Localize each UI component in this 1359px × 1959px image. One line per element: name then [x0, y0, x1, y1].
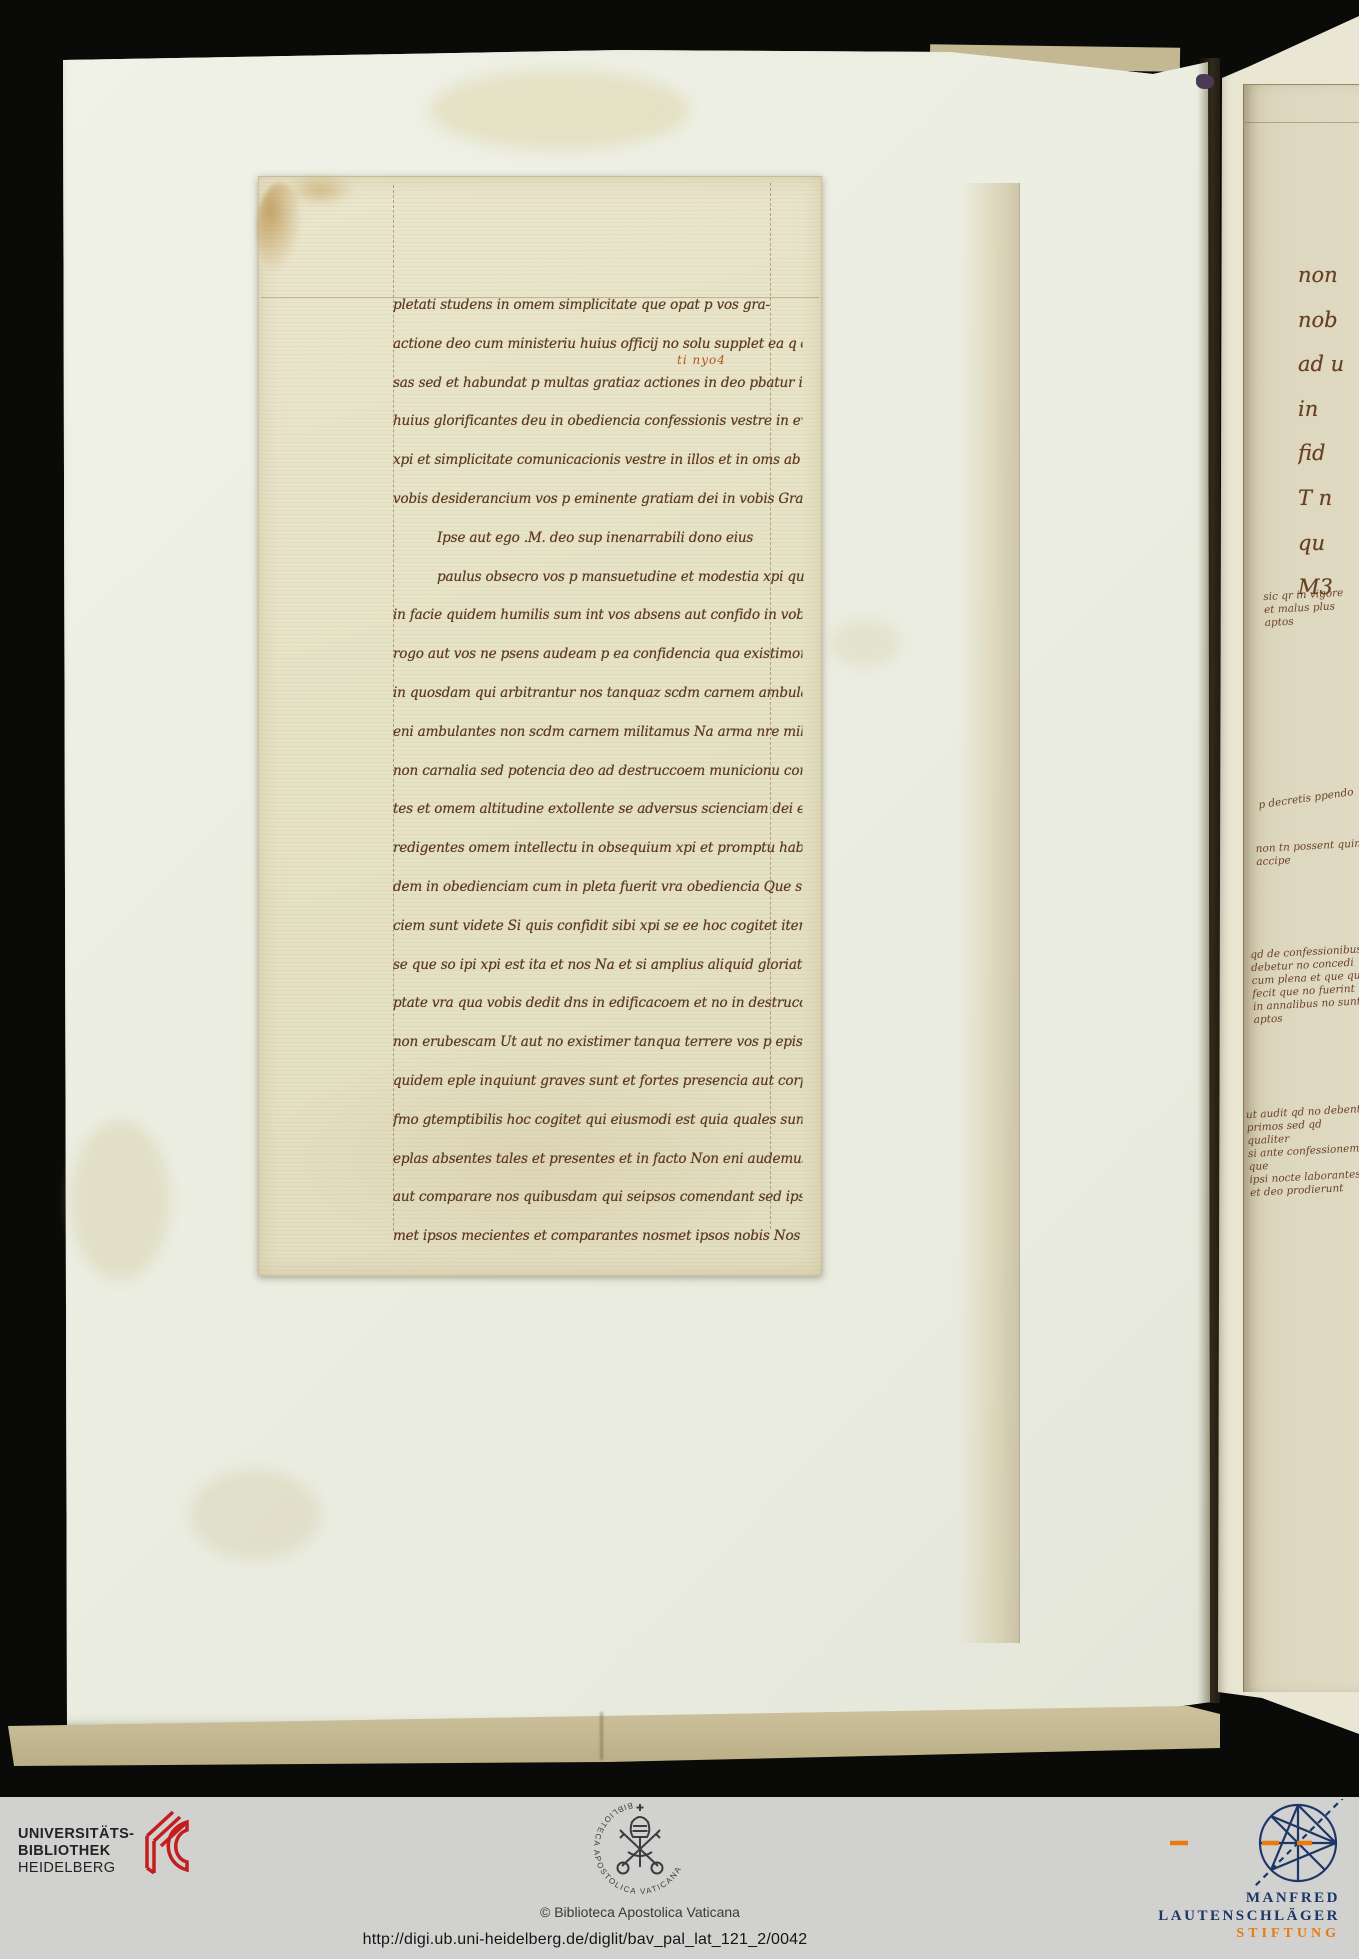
- red-ink-annotation: ti nyo4: [677, 353, 726, 367]
- manuscript-line: eplas absentes tales et presentes et in …: [393, 1149, 802, 1173]
- page-stain: [190, 1470, 320, 1560]
- facing-page-line-start: qu: [1298, 528, 1359, 562]
- mounted-manuscript-leaf: pletati studens in omem simplicitate que…: [258, 176, 822, 1276]
- manuscript-line: met ipsos mecientes et comparantes nosme…: [393, 1226, 802, 1250]
- facing-page-line-start: non: [1298, 260, 1359, 294]
- manuscript-line: vobis desiderancium vos p eminente grati…: [393, 489, 802, 513]
- lautenschlaeger-stiftung-wordmark: MANFRED LAUTENSCHLÄGER STIFTUNG: [1000, 1890, 1340, 1943]
- facing-page-line-start: in: [1298, 394, 1359, 428]
- manuscript-line: pletati studens in omem simplicitate que…: [393, 295, 802, 319]
- ubh-line1: UNIVERSITÄTS-: [18, 1826, 138, 1843]
- ub-heidelberg-wordmark: UNIVERSITÄTS- BIBLIOTHEK HEIDELBERG: [18, 1826, 138, 1877]
- manuscript-line: aut comparare nos quibusdam qui seipsos …: [393, 1187, 802, 1211]
- binding-crease: [600, 1712, 603, 1760]
- vatican-copyright-caption: © Biblioteca Apostolica Vaticana: [440, 1904, 840, 1920]
- page-stain: [430, 70, 690, 150]
- bookmark-fragment: [1196, 74, 1214, 89]
- page-stain: [830, 620, 900, 666]
- facing-page-ruled-line: [1245, 122, 1359, 123]
- manuscript-line: quidem eple inquiunt graves sunt et fort…: [393, 1071, 802, 1095]
- manuscript-line: xpi et simplicitate comunicacionis vestr…: [393, 450, 802, 474]
- digitized-manuscript-photo: pletati studens in omem simplicitate que…: [0, 0, 1359, 1959]
- mls-line1: MANFRED: [1000, 1890, 1340, 1908]
- book-gutter-shadow: [1198, 58, 1220, 1703]
- manuscript-line: non carnalia sed potencia deo ad destruc…: [393, 761, 802, 785]
- manuscript-line: actione deo cum ministeriu huius officij…: [393, 334, 802, 358]
- facing-page-text-fragments: nonnobad uinfidT nquM3: [1298, 260, 1359, 680]
- vatican-library-seal-icon: BIBLIOTECA APOSTOLICA VATICANA: [578, 1792, 702, 1906]
- underlying-leaf-edge: [958, 183, 1020, 1643]
- manuscript-line: redigentes omem intellectu in obsequium …: [393, 838, 802, 862]
- facing-page-line-start: nob: [1298, 305, 1359, 339]
- ubh-line3: HEIDELBERG: [18, 1860, 138, 1877]
- ubh-line2: BIBLIOTHEK: [18, 1843, 138, 1860]
- mls-line2: LAUTENSCHLÄGER: [1000, 1908, 1340, 1926]
- manuscript-line: ptate vra qua vobis dedit dns in edifica…: [393, 993, 802, 1017]
- manuscript-text-block: pletati studens in omem simplicitate que…: [259, 177, 823, 1277]
- facing-page-line-start: T n: [1298, 483, 1359, 517]
- manuscript-line: huius glorificantes deu in obediencia co…: [393, 411, 802, 435]
- manuscript-line: non erubescam Ut aut no existimer tanqua…: [393, 1032, 802, 1056]
- facing-page-line-start: ad u: [1298, 349, 1359, 383]
- facing-page-line-start: M3: [1298, 572, 1359, 606]
- manuscript-line: dem in obedienciam cum in pleta fuerit v…: [393, 877, 802, 901]
- seal-circular-text: BIBLIOTECA APOSTOLICA VATICANA: [592, 1801, 684, 1896]
- page-stain: [70, 1120, 170, 1280]
- manuscript-line: eni ambulantes non scdm carnem militamus…: [393, 722, 802, 746]
- svg-text:BIBLIOTECA APOSTOLICA VATICANA: BIBLIOTECA APOSTOLICA VATICANA: [592, 1801, 684, 1896]
- manuscript-line: sas sed et habundat p multas gratiaz act…: [393, 373, 802, 397]
- ub-heidelberg-logo-icon: [127, 1802, 203, 1886]
- source-url: http://digi.ub.uni-heidelberg.de/diglit/…: [320, 1931, 850, 1949]
- manuscript-line: in quosdam qui arbitrantur nos tanquaz s…: [393, 683, 802, 707]
- manuscript-line: paulus obsecro vos p mansuetudine et mod…: [437, 567, 804, 591]
- manuscript-line: rogo aut vos ne psens audeam p ea confid…: [393, 644, 802, 668]
- manuscript-line: se que so ipi xpi est ita et nos Na et s…: [393, 955, 802, 979]
- lautenschlaeger-stiftung-logo-icon: [1158, 1799, 1344, 1887]
- manuscript-line: Ipse aut ego .M. deo sup inenarrabili do…: [437, 528, 804, 552]
- manuscript-line: in facie quidem humilis sum int vos abse…: [393, 605, 802, 629]
- mls-line3: STIFTUNG: [1000, 1925, 1340, 1943]
- manuscript-line: tes et omem altitudine extollente se adv…: [393, 799, 802, 823]
- manuscript-line: fmo gtemptibilis hoc cogitet qui eiusmod…: [393, 1110, 802, 1134]
- manuscript-line: ciem sunt videte Si quis confidit sibi x…: [393, 916, 802, 940]
- facing-page-line-start: fid: [1298, 438, 1359, 472]
